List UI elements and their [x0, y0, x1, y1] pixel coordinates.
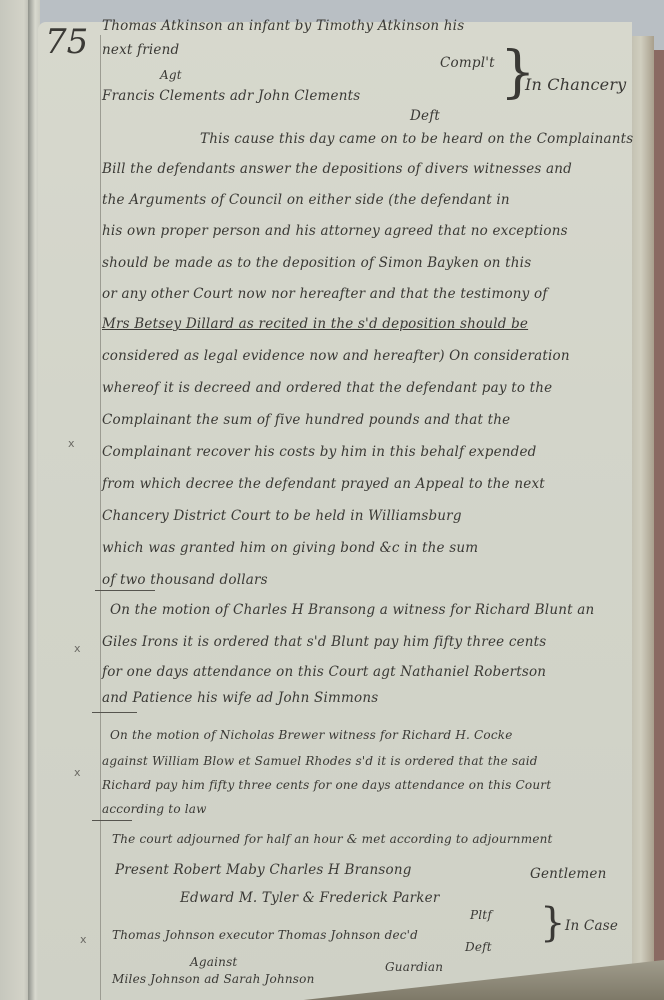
case2-against: Against [190, 955, 237, 969]
body-line: whereof it is decreed and ordered that t… [102, 380, 552, 396]
entry2-line: On the motion of Charles H Bransong a wi… [110, 602, 594, 618]
margin-mark: x [80, 933, 87, 946]
case2-defendant-extra: Guardian [385, 960, 443, 974]
case2-defendant-line: Miles Johnson ad Sarah Johnson [112, 972, 315, 986]
margin-rule [100, 35, 101, 1000]
case1-defendant-role: Deft [410, 108, 440, 124]
entry2-line: Giles Irons it is ordered that s'd Blunt… [102, 634, 546, 650]
folio-number: 75 [45, 22, 88, 62]
present-line2: Edward M. Tyler & Frederick Parker [180, 890, 440, 906]
entry2-line: for one days attendance on this Court ag… [102, 664, 546, 680]
entry-divider [92, 820, 132, 821]
case-brace: } [500, 40, 536, 105]
entry3-line: according to law [102, 802, 207, 816]
margin-mark: x [74, 766, 81, 779]
present-line1: Present Robert Maby Charles H Bransong [115, 862, 412, 878]
entry3-line: against William Blow et Samuel Rhodes s'… [102, 754, 538, 768]
book-cover [654, 50, 664, 1000]
case-brace: } [540, 900, 565, 946]
entry2-line: and Patience his wife ad John Simmons [102, 690, 378, 706]
body-line: from which decree the defendant prayed a… [102, 476, 545, 492]
body-line: Complainant recover his costs by him in … [102, 444, 537, 460]
case2-defendant-role: Deft [465, 940, 492, 954]
case1-plaintiff-line2: next friend [102, 42, 179, 58]
body-line: his own proper person and his attorney a… [102, 223, 568, 239]
case1-plaintiff-line1: Thomas Atkinson an infant by Timothy Atk… [102, 18, 464, 34]
entry-divider [92, 712, 137, 713]
page-edges [632, 36, 654, 1000]
body-line: Mrs Betsey Dillard as recited in the s'd… [102, 316, 528, 332]
body-line: the Arguments of Council on either side … [102, 192, 510, 208]
body-line: This cause this day came on to be heard … [200, 131, 633, 147]
body-line: considered as legal evidence now and her… [102, 348, 570, 364]
case1-defendant-line: Francis Clements adr John Clements [102, 88, 360, 104]
adjourn-line: The court adjourned for half an hour & m… [112, 832, 553, 846]
case1-court: In Chancery [525, 75, 626, 94]
entry3-line: On the motion of Nicholas Brewer witness… [110, 728, 513, 742]
body-line: Chancery District Court to be held in Wi… [102, 508, 462, 524]
body-line: Complainant the sum of five hundred poun… [102, 412, 510, 428]
body-line: or any other Court now nor hereafter and… [102, 286, 548, 302]
body-line: of two thousand dollars [102, 572, 268, 588]
body-line: which was granted him on giving bond &c … [102, 540, 478, 556]
body-line: should be made as to the deposition of S… [102, 255, 531, 271]
case1-plaintiff-role: Compl't [440, 55, 495, 71]
case2-plaintiff-line: Thomas Johnson executor Thomas Johnson d… [112, 928, 418, 942]
present-role: Gentlemen [530, 866, 607, 882]
case1-against: Agt [160, 68, 182, 82]
entry-divider [95, 590, 155, 591]
case2-court: In Case [565, 918, 618, 934]
margin-mark: x [74, 642, 81, 655]
body-line: Bill the defendants answer the depositio… [102, 161, 572, 177]
entry3-line: Richard pay him fifty three cents for on… [102, 778, 551, 792]
margin-mark: x [68, 437, 75, 450]
case2-plaintiff-role: Pltf [470, 908, 492, 922]
